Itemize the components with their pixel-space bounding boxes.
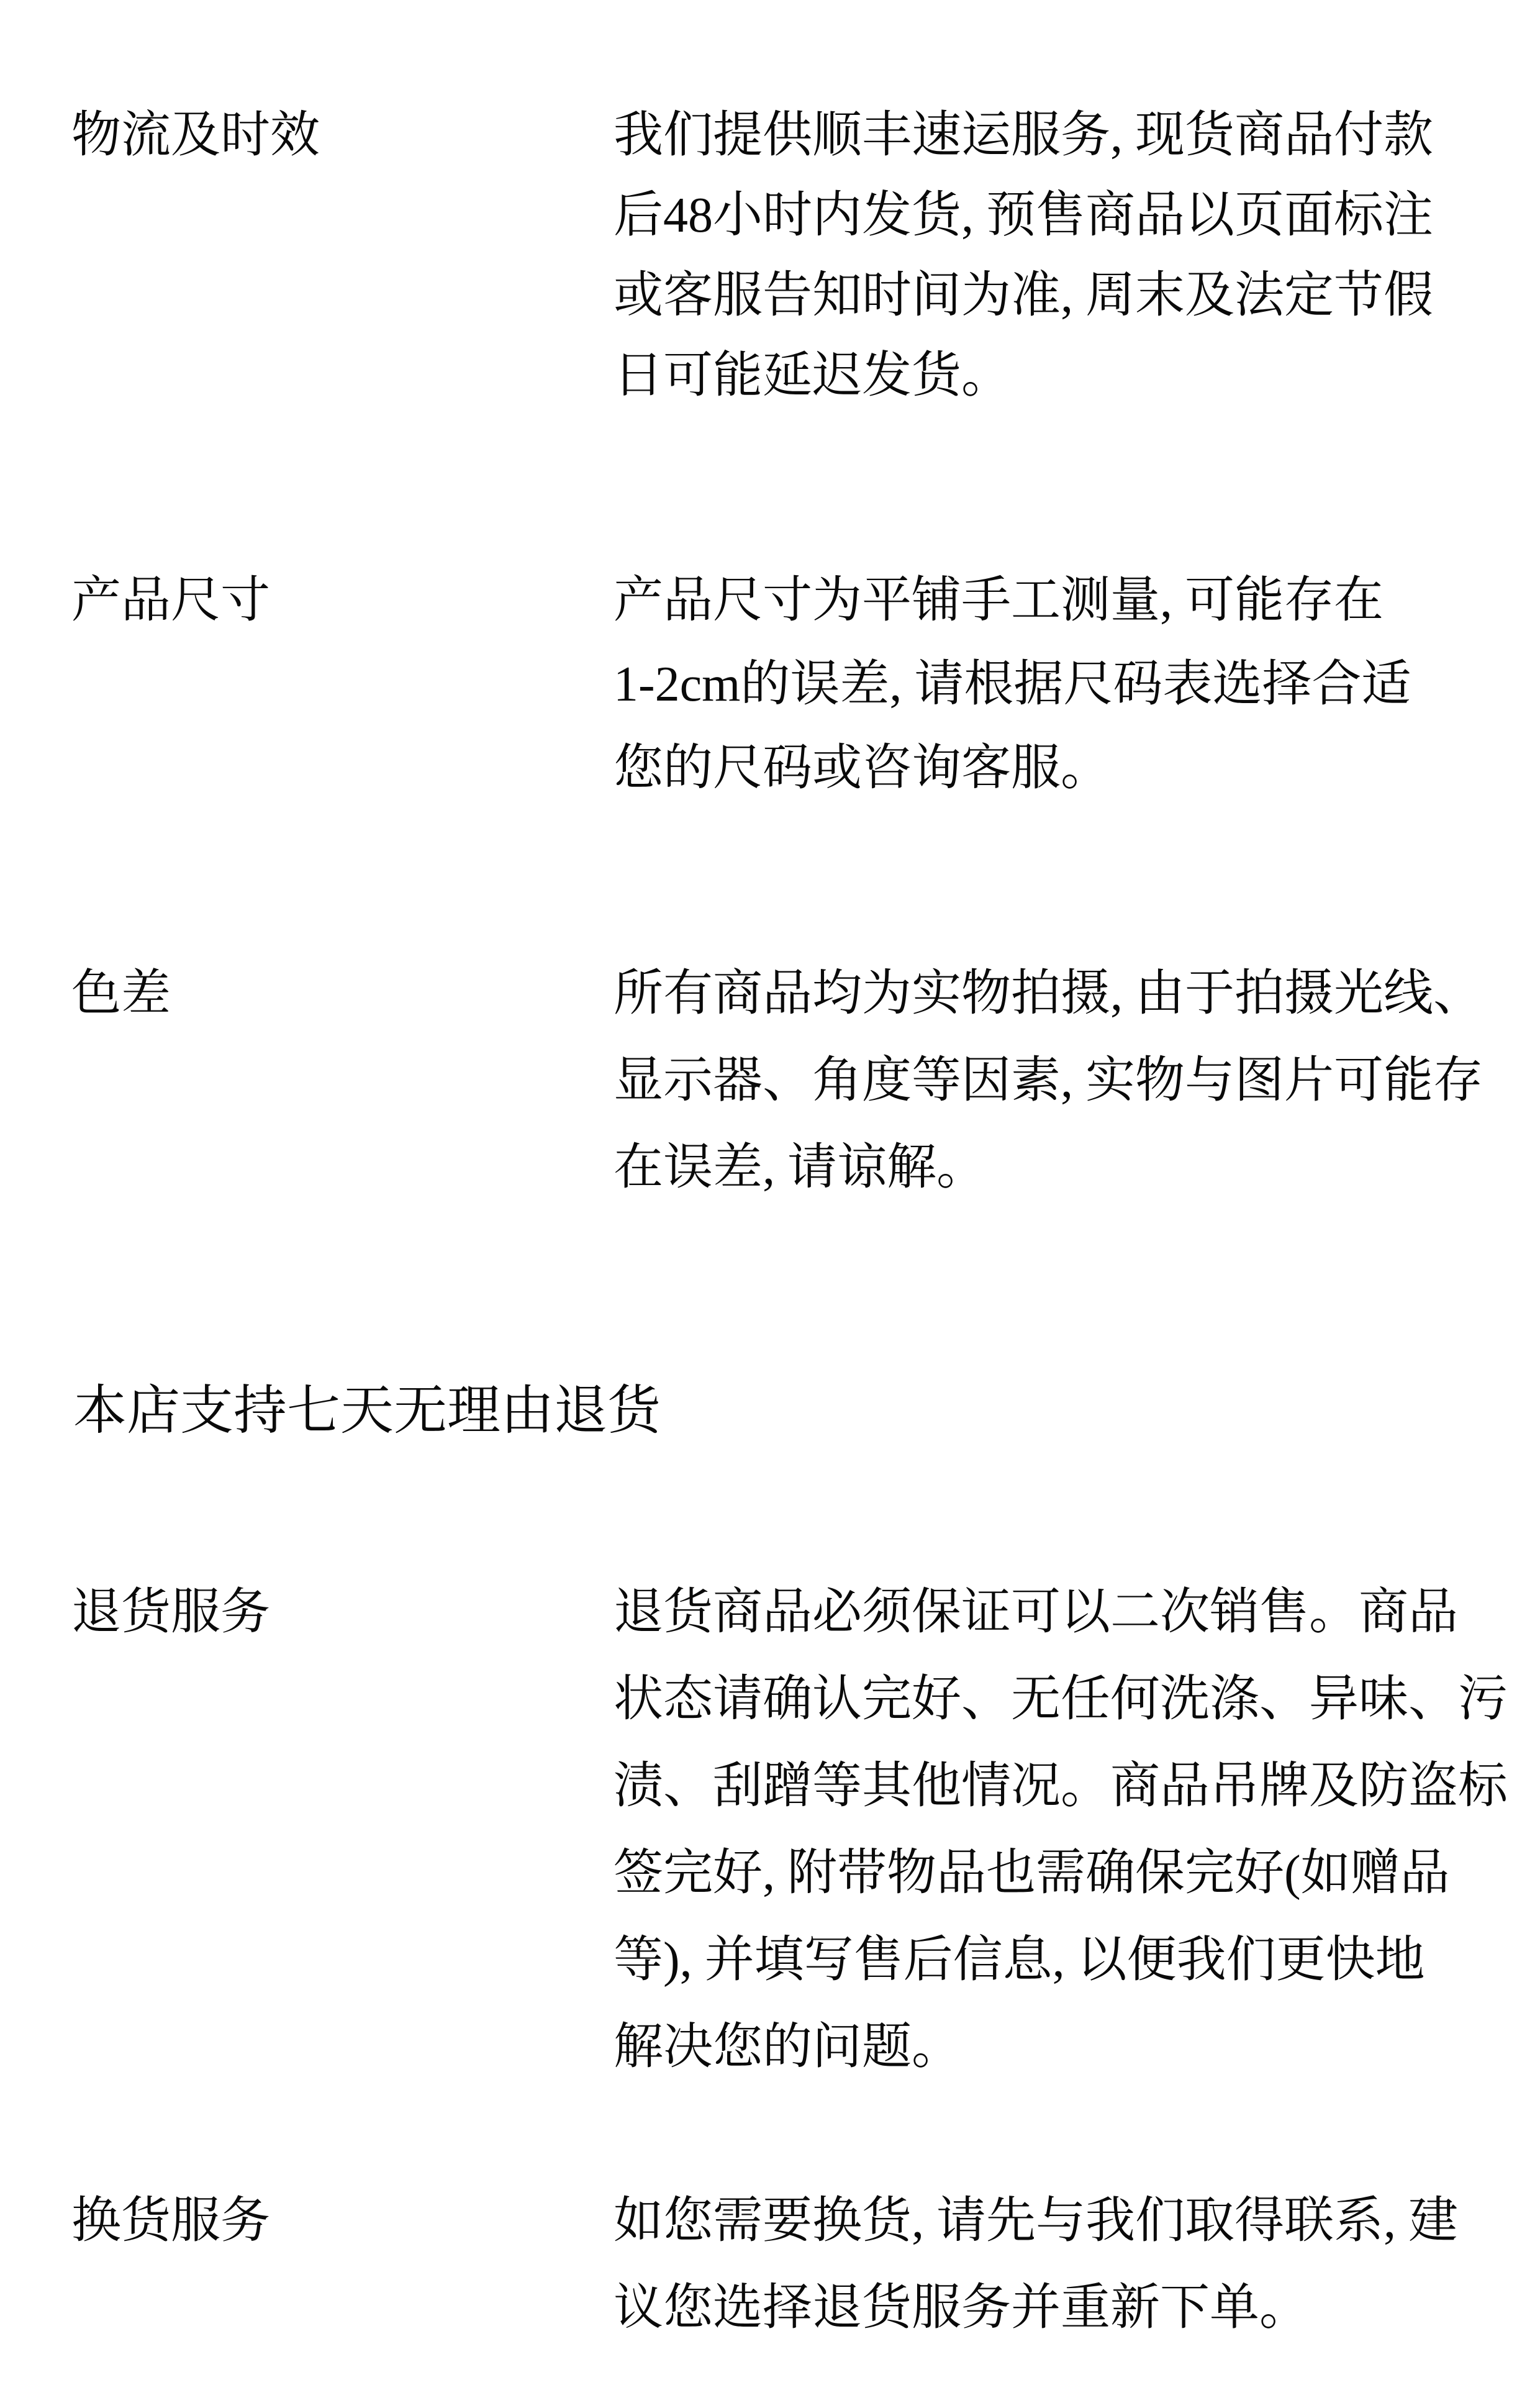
product-policy-page: 物流及时效 我们提供顺丰速运服务, 现货商品付款 后48小时内发货, 预售商品以… <box>0 0 1540 2385</box>
section-text-color-difference: 所有商品均为实物拍摄, 由于拍摄光线、 显示器、角度等因素, 实物与图片可能存 … <box>614 950 1526 1211</box>
section-label-color-difference: 色差 <box>71 950 171 1037</box>
section-text-dimensions: 产品尺寸为平铺手工测量, 可能存在 1-2cm的误差, 请根据尺码表选择合适 您… <box>614 559 1526 811</box>
section-label-shipping: 物流及时效 <box>71 96 320 176</box>
section-text-return-service: 退货商品必须保证可以二次销售。商品 状态请确认完好、无任何洗涤、异味、污 渍、刮… <box>614 1569 1526 2091</box>
section-label-dimensions: 产品尺寸 <box>71 559 270 643</box>
section-label-exchange-service: 换货服务 <box>71 2178 270 2265</box>
return-policy-notice: 本店支持七天无理由退货 <box>73 1376 661 1445</box>
section-text-exchange-service: 如您需要换货, 请先与我们取得联系, 建 议您选择退货服务并重新下单。 <box>614 2178 1526 2351</box>
section-label-return-service: 退货服务 <box>71 1569 270 1656</box>
section-text-shipping: 我们提供顺丰速运服务, 现货商品付款 后48小时内发货, 预售商品以页面标注 或… <box>614 96 1526 416</box>
